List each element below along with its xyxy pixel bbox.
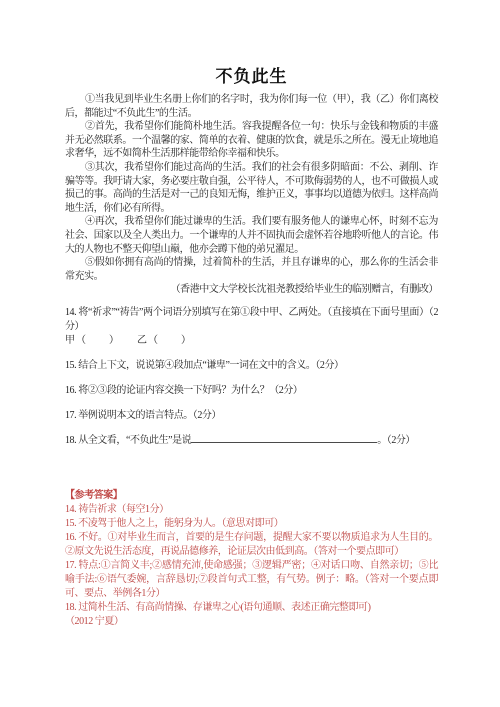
question-18-suffix: 。（2分） (377, 435, 415, 446)
article-body: ①当我见到毕业生名册上你们的名字时，我为你们每一位（甲），我（乙）你们离校后，都… (65, 93, 438, 283)
question-18-text: 18. 从全文看，“不负此生”是说 (65, 435, 191, 446)
question-17: 17. 举例说明本文的语言特点。（2分） (65, 409, 438, 423)
answer-15: 15. 不凌驾于他人之上，能躬身为人。（意思对即可） (65, 517, 438, 531)
question-14-fill-blanks: 甲（ ） 乙（ ） (65, 334, 438, 348)
answer-14: 14. 祷告祈求（每空1分） (65, 503, 438, 517)
question-18-blank-line (191, 439, 377, 443)
questions-section: 14. 将“祈求”“祷告”两个词语分别填写在第①段中甲、乙两处。（直接填在下面号… (65, 306, 438, 448)
reference-answers-header: 【参考答案】 (65, 489, 438, 503)
exam-source-year: （2012 宁夏） (65, 615, 438, 629)
exam-document-page: 不负此生 ①当我见到毕业生名册上你们的名字时，我为你们每一位（甲），我（乙）你们… (0, 0, 500, 707)
source-attribution: （香港中文大学校长沈祖尧教授给毕业生的临别赠言，有删改） (65, 283, 438, 297)
article-paragraph-4: ④再次，我希望你们能过谦卑的生活。我们要有服务他人的谦卑心怀，时刻不忘为社会、国… (65, 215, 438, 256)
question-15: 15. 结合上下文，说说第④段加点“谦卑”一词在文中的含义。（2分） (65, 359, 438, 373)
article-paragraph-3: ③其次，我希望你们能过高尚的生活。我们的社会有很多阴暗面：不公、剥削、诈骗等等。… (65, 161, 438, 215)
answer-18: 18. 过简朴生活、有高尚情操、存谦卑之心(语句通顺、表述正确完整即可) (65, 601, 438, 615)
article-paragraph-5: ⑤假如你拥有高尚的情操，过着简朴的生活，并且存谦卑的心，那么你的生活会非常充实。 (65, 256, 438, 283)
question-18: 18. 从全文看，“不负此生”是说。（2分） (65, 434, 438, 448)
article-paragraph-1: ①当我见到毕业生名册上你们的名字时，我为你们每一位（甲），我（乙）你们离校后，都… (65, 93, 438, 120)
question-14: 14. 将“祈求”“祷告”两个词语分别填写在第①段中甲、乙两处。（直接填在下面号… (65, 306, 438, 334)
answer-16: 16. 不好。①对毕业生而言，首要的是生存问题，提醒大家不要以物质追求为人生目的… (65, 531, 438, 559)
question-16: 16. 将②③段的论证内容交换一下好吗？为什么？（2分） (65, 384, 438, 398)
article-paragraph-2: ②首先，我希望你们能简朴地生活。容我提醒各位一句：快乐与金钱和物质的丰盛并无必然… (65, 120, 438, 161)
answer-17: 17. 特点:①言简义丰;②感情充沛,使命感强；③逻辑严密；④对话口吻、自然亲切… (65, 559, 438, 601)
reference-answers-section: 【参考答案】 14. 祷告祈求（每空1分） 15. 不凌驾于他人之上，能躬身为人… (65, 489, 438, 629)
page-title: 不负此生 (65, 62, 438, 87)
